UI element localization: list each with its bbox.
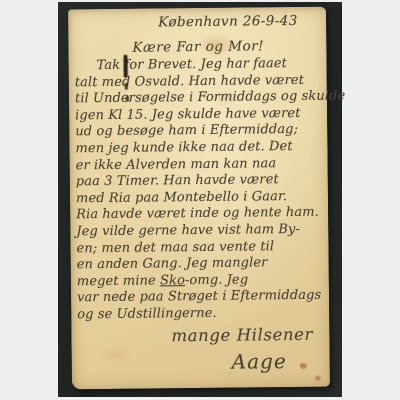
postcard-body: Tak for Brevet. Jeg har faaet talt med O… — [75, 56, 327, 324]
paper-smudge — [100, 347, 134, 363]
postcard-dateline: København 26-9-43 — [158, 13, 298, 30]
postcard: København 26-9-43 Kære Far og Mor! Tak f… — [68, 7, 330, 390]
handwriting-line: og se Udstillingerne. — [77, 305, 326, 324]
underlined-word: Sko — [160, 273, 185, 288]
postcard-signature: Aage — [232, 349, 287, 374]
handwriting-segment: meget mine — [77, 273, 160, 289]
handwriting-segment: -omg. Jeg — [185, 272, 248, 288]
rust-spot — [315, 376, 321, 381]
postcard-salutation: Kære Far og Mor! — [132, 38, 264, 55]
page-background: København 26-9-43 Kære Far og Mor! Tak f… — [0, 0, 400, 400]
postcard-closing: mange Hilsener — [171, 325, 313, 345]
rust-spot — [300, 363, 307, 369]
